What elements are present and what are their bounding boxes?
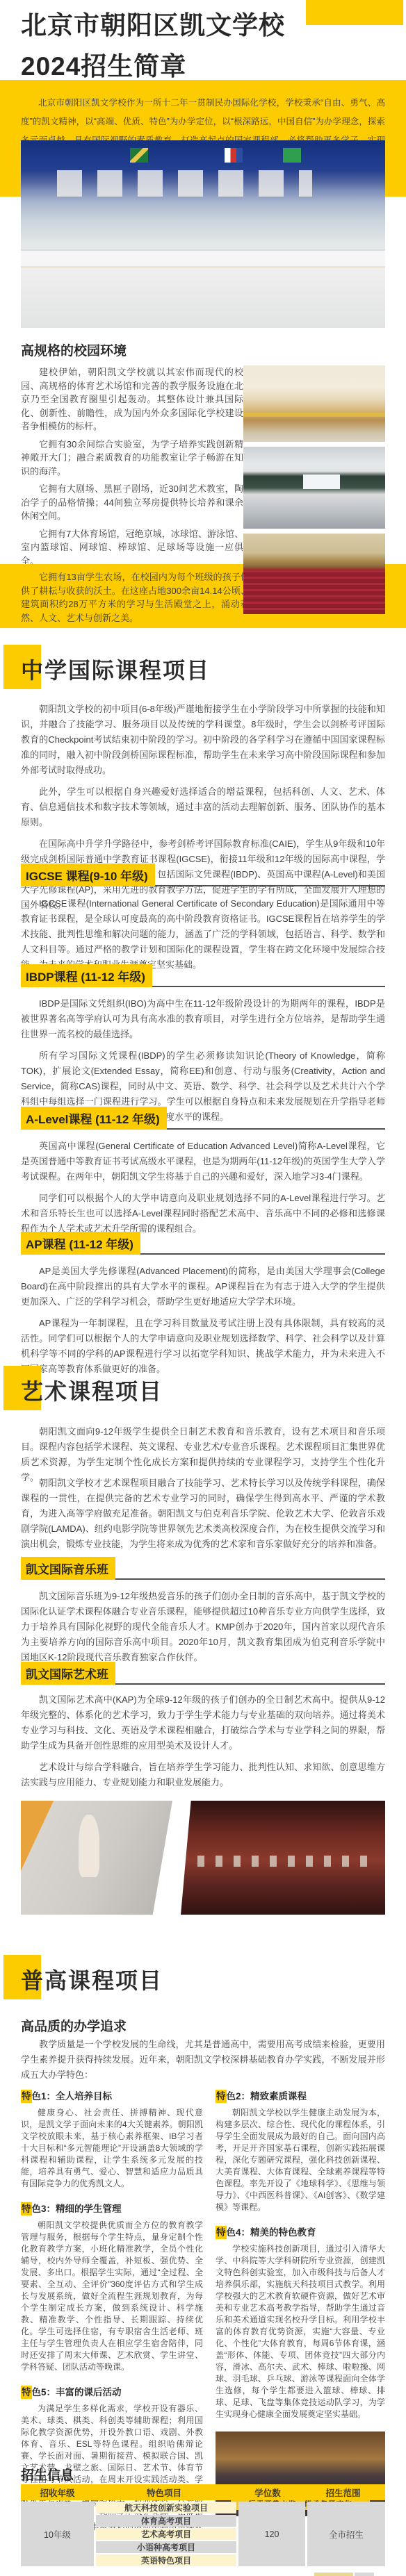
column-header: 招生范围 — [301, 2486, 385, 2499]
feature-text: 健康身心、社会责任、拼搏精神、现代意识，是凯文学子面向未来的4大关键素养。朝阳凯… — [21, 2107, 203, 2190]
section-title: 艺术课程项目 — [21, 1374, 163, 1406]
page-title-line1: 北京市朝阳区凯文学校 — [21, 10, 406, 41]
paragraph: 教学质量是一个学校发展的生命线，尤其是普通高中，需要用高考成绩来检验，更要用学生… — [21, 2037, 385, 2083]
program-column: 航天科技创新实验项目 体育高考项目 艺术高考项目 小语种高考项目 英语特色项目 — [96, 2502, 236, 2566]
section-header-gaokao: 普高课程项目 — [0, 1955, 406, 2001]
admission-table: 招收年级 特色项目 学位数 招生范围 10年级 航天科技创新实验项目 体育高考项… — [0, 2484, 406, 2566]
program-row: 航天科技创新实验项目 — [96, 2502, 236, 2513]
feature-label: 特色2：精致素质课程 — [216, 2088, 385, 2102]
feature-text: 朝阳凯文学校以学生健康主动发展为本，构建多层次、综合性、现代化的课程体系，引导学… — [216, 2107, 385, 2213]
paragraph: 它拥有30余间综合实验室，为学子培养实践创新精神敞开大门；融合素质教育的功能教室… — [21, 438, 243, 479]
feature-label: 特色1：全人培养目标 — [21, 2088, 203, 2102]
feature-block: 特色1：全人培养目标 健康身心、社会责任、拼搏精神、现代意识，是凯文学子面向未来… — [21, 2088, 203, 2190]
photo-theater — [243, 534, 385, 614]
admission-table-body: 10年级 航天科技创新实验项目 体育高考项目 艺术高考项目 小语种高考项目 英语… — [21, 2502, 385, 2566]
paragraph: 英国高中课程(General Certificate of Education … — [21, 1139, 385, 1184]
music-class-heading: 凯文国际音乐班 — [0, 1557, 406, 1580]
alevel-heading-label: A-Level课程 (11-12 年级) — [21, 1107, 167, 1130]
alevel-section: 英国高中课程(General Certificate of Education … — [0, 1139, 406, 1243]
masthead: 北京市朝阳区凯文学校 2024招生简章 — [0, 0, 406, 80]
rink-banner-panels — [57, 170, 312, 197]
photo-stage-play — [181, 1801, 385, 1915]
ap-heading: AP课程 (11-12 年级) — [0, 1232, 406, 1255]
flag-decoration-icon — [283, 148, 301, 163]
paragraph: 它拥有7大体育场馆，冠绝京城，冰球馆、游泳馆、室内篮球馆、网球馆、棒球馆、足球场… — [21, 527, 243, 568]
flag-decoration-icon — [130, 148, 148, 163]
admission-heading-text: 招生信息 — [21, 2465, 385, 2484]
igcse-heading-label: IGCSE 课程(9-10 年级) — [21, 864, 155, 886]
feature-block: 特色4：精美的特色教育 学校实施科技创新项目，通过引入清华大学、中科院等大学科研… — [216, 2224, 385, 2420]
photo-ice-rink — [21, 140, 385, 328]
ap-heading-label: AP课程 (11-12 年级) — [21, 1232, 140, 1255]
alevel-heading: A-Level课程 (11-12 年级) — [0, 1107, 406, 1130]
rink-board — [21, 249, 385, 266]
section-header-international: 中学国际课程项目 — [0, 645, 406, 691]
paragraph: 它拥有大剧场、黑匣子剧场，近30间艺术教室，陶冶学子的品格情操；44间独立琴房提… — [21, 482, 243, 523]
photo-gymnasium — [243, 365, 385, 442]
paragraph: IGCSE课程(International General Certificat… — [21, 896, 385, 973]
program-row: 英语特色项目 — [96, 2554, 236, 2566]
campus-photo-column — [243, 365, 385, 619]
pursuit-heading-text: 高品质的办学追求 — [21, 2016, 385, 2035]
section-title: 普高课程项目 — [21, 1963, 163, 1995]
art-photo-row — [0, 1801, 406, 1915]
admissions-brochure-page: 北京市朝阳区凯文学校 2024招生简章 北京市朝阳区凯文学校作为一所十二年一贯制… — [0, 0, 406, 2576]
program-row: 艺术高考项目 — [96, 2528, 236, 2540]
feature-text: 朝阳凯文学校提供优质而全方位的教育教学管理与服务，根据每个学生特点，量身定制个性… — [21, 2220, 203, 2373]
campus-section: 高规格的校园环境 建校伊始，朝阳凯文学校就以其宏伟而现代的校园、高规格的体育艺术… — [0, 340, 406, 632]
art-class-section: 凯文国际艺术高中(KAP)为全球9-12年级的孩子们创办的全日制艺术高中。提供从… — [0, 1692, 406, 1797]
paragraph: 凯文国际艺术高中(KAP)为全球9-12年级的孩子们创办的全日制艺术高中。提供从… — [21, 1692, 385, 1753]
admission-table-header: 招收年级 特色项目 学位数 招生范围 — [21, 2484, 385, 2500]
seats-cell: 120 — [238, 2502, 305, 2566]
ibdp-heading: IBDP课程 (11-12 年级) — [0, 964, 406, 987]
feature-block: 特色2：精致素质课程 朝阳凯文学校以学生健康主动发展为本，构建多层次、综合性、现… — [216, 2088, 385, 2213]
feature-block: 特色3：精细的学生管理 朝阳凯文学校提供优质而全方位的教育教学管理与服务，根据每… — [21, 2201, 203, 2373]
campus-text-column: 建校伊始，朝阳凯文学校就以其宏伟而现代的校园、高规格的体育艺术场馆和完善的教学服… — [21, 365, 243, 572]
feature-label: 特色5：丰富的课后活动 — [21, 2384, 203, 2398]
feature-label: 特色4：精美的特色教育 — [216, 2224, 385, 2238]
art-intro-2: 朝阳凯文学校才艺术课程项目融合了技能学习、艺术特长学习以及传统学科课程，确保课程… — [0, 1476, 406, 1558]
paragraph: 朝阳凯文学校才艺术课程项目融合了技能学习、艺术特长学习以及传统学科课程，确保课程… — [21, 1476, 385, 1552]
paragraph: 同学们可以根据个人的大学申请意向及职业规划选择不同的A-Level课程进行学习。… — [21, 1191, 385, 1237]
pursuit-heading: 高品质的办学追求 — [0, 2016, 406, 2035]
art-class-heading: 凯文国际艺术班 — [0, 1662, 406, 1685]
cutoff-element — [355, 2573, 374, 2576]
photo-science-lab — [243, 447, 385, 529]
campus-heading: 高规格的校园环境 — [21, 340, 406, 359]
campus-highlight-text: 它拥有13亩学生农场，在校园内为每个班级的孩子们提供了耕耘与收获的沃土。在这座占… — [0, 564, 259, 625]
intro-band: 北京市朝阳区凯文学校作为一所十二年一贯制民办国际化学校，学校秉承“自由、勇气、高… — [0, 80, 406, 197]
admission-heading: 招生信息 — [0, 2465, 406, 2484]
paragraph: IBDP是国际文凭组织(IBO)为高中生在11-12年级阶段设计的为期两年的课程… — [21, 996, 385, 1042]
section-header-art: 艺术课程项目 — [0, 1366, 406, 1412]
photo-fashion-studio — [21, 1801, 172, 1915]
flag-decoration-icon — [225, 148, 243, 163]
ibdp-heading-label: IBDP课程 (11-12 年级) — [21, 964, 152, 987]
column-header: 特色项目 — [94, 2486, 234, 2499]
grade-cell: 10年级 — [21, 2502, 94, 2566]
paragraph: 建校伊始，朝阳凯文学校就以其宏伟而现代的校园、高规格的体育艺术场馆和完善的教学服… — [21, 365, 243, 434]
program-row: 小语种高考项目 — [96, 2541, 236, 2553]
paragraph: AP是美国大学先修课程(Advanced Placement)的简称，是由美国大… — [21, 1264, 385, 1310]
music-class-heading-label: 凯文国际音乐班 — [21, 1557, 115, 1580]
page-title-line2: 2024招生简章 — [21, 51, 406, 82]
column-header: 学位数 — [234, 2486, 301, 2499]
column-header: 招收年级 — [21, 2486, 94, 2499]
feature-label: 特色3：精细的学生管理 — [21, 2201, 203, 2215]
art-class-heading-label: 凯文国际艺术班 — [21, 1662, 115, 1685]
section-title: 中学国际课程项目 — [21, 653, 210, 685]
paragraph: 艺术设计与综合学科融合，旨在培养学生学习能力、批判性认知、求知欲、创意思维方法实… — [21, 1760, 385, 1790]
pursuit-intro: 教学质量是一个学校发展的生命线，尤其是普通高中，需要用高考成绩来检验，更要用学生… — [0, 2037, 406, 2089]
scope-cell: 全市招生 — [307, 2502, 385, 2566]
program-row: 体育高考项目 — [96, 2515, 236, 2527]
cutoff-element — [314, 2573, 353, 2576]
feature-text: 学校实施科技创新项目，通过引入清华大学、中科院等大学科研院所专业资源，创建凯文特… — [216, 2243, 385, 2420]
igcse-heading: IGCSE 课程(9-10 年级) — [0, 864, 406, 886]
paragraph: 朝阳凯文学校的初中项目(6-8年级)严谨地衔接学生在小学阶段学习中所掌握的技能和… — [21, 702, 385, 778]
paragraph: 此外，学生可以根据自身兴趣爱好选择适合的增益课程，包括科创、人文、艺术、体育、信… — [21, 784, 385, 830]
international-intro: 朝阳凯文学校的初中项目(6-8年级)严谨地衔接学生在小学阶段学习中所掌握的技能和… — [0, 702, 406, 919]
paragraph: 凯文国际音乐班为9-12年级热爱音乐的孩子们创办全日制的音乐高中，基于凯文学校的… — [21, 1589, 385, 1665]
music-class-section: 凯文国际音乐班为9-12年级热爱音乐的孩子们创办全日制的音乐高中，基于凯文学校的… — [0, 1589, 406, 1671]
